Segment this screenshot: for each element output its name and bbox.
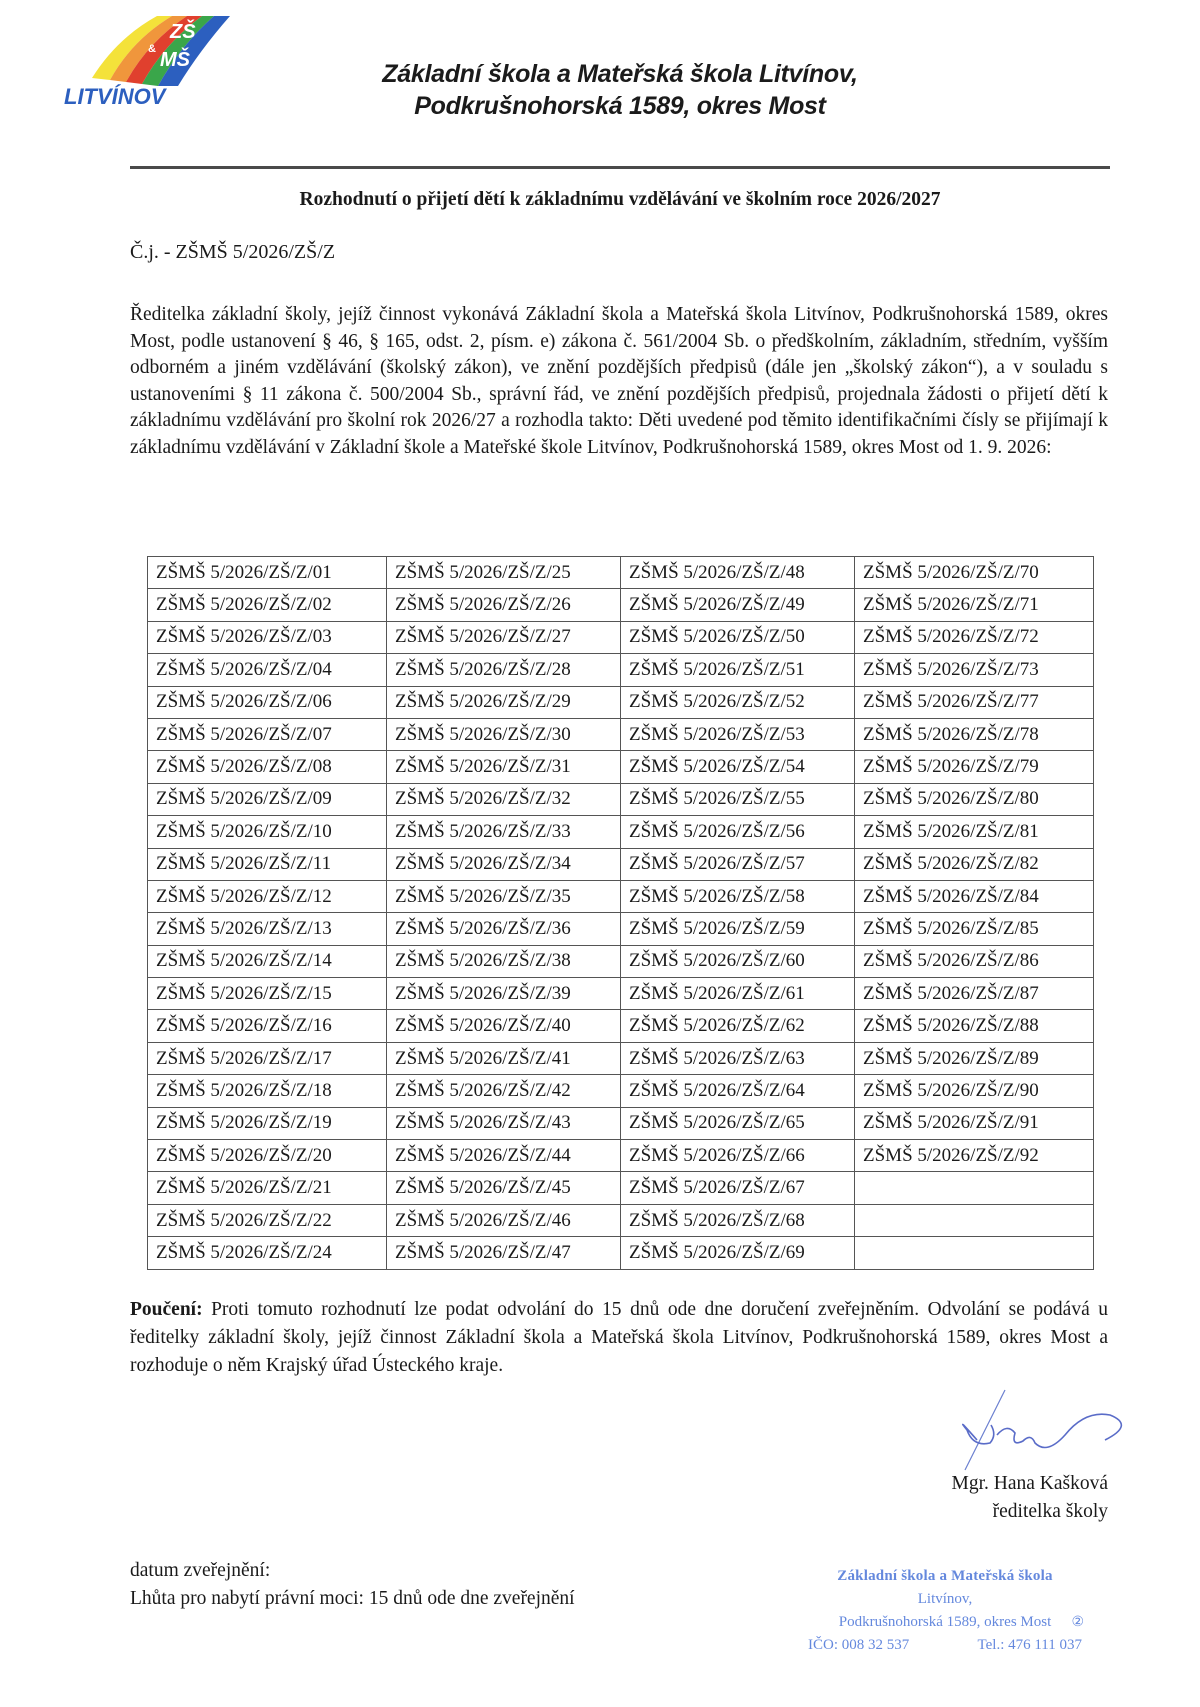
table-cell: ZŠMŠ 5/2026/ZŠ/Z/21 [148, 1172, 387, 1204]
table-cell: ZŠMŠ 5/2026/ZŠ/Z/59 [621, 913, 855, 945]
stamp-ico: IČO: 008 32 537 [808, 1634, 909, 1657]
table-cell: ZŠMŠ 5/2026/ZŠ/Z/50 [621, 621, 855, 653]
child-id: ZŠMŠ 5/2026/ZŠ/Z/26 [395, 594, 571, 615]
table-cell: ZŠMŠ 5/2026/ZŠ/Z/19 [148, 1107, 387, 1139]
table-cell [855, 1172, 1094, 1204]
child-id: ZŠMŠ 5/2026/ZŠ/Z/13 [156, 918, 332, 939]
child-id: ZŠMŠ 5/2026/ZŠ/Z/85 [863, 918, 1039, 939]
table-row: ZŠMŠ 5/2026/ZŠ/Z/17ZŠMŠ 5/2026/ZŠ/Z/41ZŠ… [148, 1042, 1094, 1074]
table-cell: ZŠMŠ 5/2026/ZŠ/Z/52 [621, 686, 855, 718]
child-id: ZŠMŠ 5/2026/ZŠ/Z/01 [156, 562, 332, 583]
child-id: ZŠMŠ 5/2026/ZŠ/Z/04 [156, 659, 332, 680]
table-cell: ZŠMŠ 5/2026/ZŠ/Z/06 [148, 686, 387, 718]
table-cell: ZŠMŠ 5/2026/ZŠ/Z/20 [148, 1140, 387, 1172]
table-row: ZŠMŠ 5/2026/ZŠ/Z/07ZŠMŠ 5/2026/ZŠ/Z/30ZŠ… [148, 718, 1094, 750]
table-cell: ZŠMŠ 5/2026/ZŠ/Z/85 [855, 913, 1094, 945]
table-cell: ZŠMŠ 5/2026/ZŠ/Z/72 [855, 621, 1094, 653]
table-cell: ZŠMŠ 5/2026/ZŠ/Z/27 [387, 621, 621, 653]
svg-text:&: & [148, 43, 156, 55]
child-id: ZŠMŠ 5/2026/ZŠ/Z/18 [156, 1080, 332, 1101]
child-id: ZŠMŠ 5/2026/ZŠ/Z/24 [156, 1242, 332, 1263]
child-id: ZŠMŠ 5/2026/ZŠ/Z/50 [629, 626, 805, 647]
table-cell: ZŠMŠ 5/2026/ZŠ/Z/12 [148, 880, 387, 912]
child-id: ZŠMŠ 5/2026/ZŠ/Z/25 [395, 562, 571, 583]
table-cell: ZŠMŠ 5/2026/ZŠ/Z/61 [621, 978, 855, 1010]
table-cell: ZŠMŠ 5/2026/ZŠ/Z/91 [855, 1107, 1094, 1139]
child-id: ZŠMŠ 5/2026/ZŠ/Z/86 [863, 950, 1039, 971]
table-cell: ZŠMŠ 5/2026/ZŠ/Z/22 [148, 1204, 387, 1236]
table-cell: ZŠMŠ 5/2026/ZŠ/Z/78 [855, 718, 1094, 750]
table-cell: ZŠMŠ 5/2026/ZŠ/Z/77 [855, 686, 1094, 718]
child-id: ZŠMŠ 5/2026/ZŠ/Z/42 [395, 1080, 571, 1101]
legal-force-deadline: Lhůta pro nabytí právní moci: 15 dnů ode… [130, 1585, 575, 1613]
table-cell: ZŠMŠ 5/2026/ZŠ/Z/46 [387, 1204, 621, 1236]
child-id: ZŠMŠ 5/2026/ZŠ/Z/52 [629, 691, 805, 712]
child-id: ZŠMŠ 5/2026/ZŠ/Z/73 [863, 659, 1039, 680]
table-cell: ZŠMŠ 5/2026/ZŠ/Z/25 [387, 557, 621, 589]
table-row: ZŠMŠ 5/2026/ZŠ/Z/20ZŠMŠ 5/2026/ZŠ/Z/44ZŠ… [148, 1140, 1094, 1172]
table-cell: ZŠMŠ 5/2026/ZŠ/Z/41 [387, 1042, 621, 1074]
child-id: ZŠMŠ 5/2026/ZŠ/Z/31 [395, 756, 571, 777]
stamp-title: Základní škola a Mateřská škola [800, 1565, 1090, 1588]
table-cell: ZŠMŠ 5/2026/ZŠ/Z/09 [148, 783, 387, 815]
child-id: ZŠMŠ 5/2026/ZŠ/Z/61 [629, 983, 805, 1004]
child-id: ZŠMŠ 5/2026/ZŠ/Z/02 [156, 594, 332, 615]
table-row: ZŠMŠ 5/2026/ZŠ/Z/12ZŠMŠ 5/2026/ZŠ/Z/35ZŠ… [148, 880, 1094, 912]
table-cell: ZŠMŠ 5/2026/ZŠ/Z/42 [387, 1075, 621, 1107]
table-cell: ZŠMŠ 5/2026/ZŠ/Z/47 [387, 1237, 621, 1269]
table-row: ZŠMŠ 5/2026/ZŠ/Z/13ZŠMŠ 5/2026/ZŠ/Z/36ZŠ… [148, 913, 1094, 945]
table-cell: ZŠMŠ 5/2026/ZŠ/Z/44 [387, 1140, 621, 1172]
table-cell: ZŠMŠ 5/2026/ZŠ/Z/56 [621, 816, 855, 848]
child-id: ZŠMŠ 5/2026/ZŠ/Z/79 [863, 756, 1039, 777]
child-id: ZŠMŠ 5/2026/ZŠ/Z/90 [863, 1080, 1039, 1101]
table-row: ZŠMŠ 5/2026/ZŠ/Z/09ZŠMŠ 5/2026/ZŠ/Z/32ZŠ… [148, 783, 1094, 815]
child-id: ZŠMŠ 5/2026/ZŠ/Z/62 [629, 1015, 805, 1036]
table-cell: ZŠMŠ 5/2026/ZŠ/Z/60 [621, 945, 855, 977]
child-id: ZŠMŠ 5/2026/ZŠ/Z/45 [395, 1177, 571, 1198]
child-id: ZŠMŠ 5/2026/ZŠ/Z/60 [629, 950, 805, 971]
table-cell: ZŠMŠ 5/2026/ZŠ/Z/14 [148, 945, 387, 977]
table-cell: ZŠMŠ 5/2026/ZŠ/Z/51 [621, 654, 855, 686]
appeal-notice: Poučení: Proti tomuto rozhodnutí lze pod… [130, 1296, 1108, 1380]
child-id: ZŠMŠ 5/2026/ZŠ/Z/03 [156, 626, 332, 647]
table-row: ZŠMŠ 5/2026/ZŠ/Z/24ZŠMŠ 5/2026/ZŠ/Z/47ZŠ… [148, 1237, 1094, 1269]
child-id: ZŠMŠ 5/2026/ZŠ/Z/35 [395, 886, 571, 907]
child-id: ZŠMŠ 5/2026/ZŠ/Z/58 [629, 886, 805, 907]
child-id: ZŠMŠ 5/2026/ZŠ/Z/39 [395, 983, 571, 1004]
table-cell: ZŠMŠ 5/2026/ZŠ/Z/62 [621, 1010, 855, 1042]
child-id: ZŠMŠ 5/2026/ZŠ/Z/48 [629, 562, 805, 583]
child-id: ZŠMŠ 5/2026/ZŠ/Z/89 [863, 1048, 1039, 1069]
child-id: ZŠMŠ 5/2026/ZŠ/Z/70 [863, 562, 1039, 583]
child-id: ZŠMŠ 5/2026/ZŠ/Z/10 [156, 821, 332, 842]
table-row: ZŠMŠ 5/2026/ZŠ/Z/21ZŠMŠ 5/2026/ZŠ/Z/45ZŠ… [148, 1172, 1094, 1204]
child-id: ZŠMŠ 5/2026/ZŠ/Z/34 [395, 853, 571, 874]
table-cell: ZŠMŠ 5/2026/ZŠ/Z/29 [387, 686, 621, 718]
table-cell: ZŠMŠ 5/2026/ZŠ/Z/24 [148, 1237, 387, 1269]
child-id: ZŠMŠ 5/2026/ZŠ/Z/87 [863, 983, 1039, 1004]
school-header: Základní škola a Mateřská škola Litvínov… [300, 58, 940, 122]
child-id: ZŠMŠ 5/2026/ZŠ/Z/66 [629, 1145, 805, 1166]
table-cell: ZŠMŠ 5/2026/ZŠ/Z/80 [855, 783, 1094, 815]
child-id: ZŠMŠ 5/2026/ZŠ/Z/51 [629, 659, 805, 680]
child-id: ZŠMŠ 5/2026/ZŠ/Z/53 [629, 724, 805, 745]
table-cell: ZŠMŠ 5/2026/ZŠ/Z/30 [387, 718, 621, 750]
child-id: ZŠMŠ 5/2026/ZŠ/Z/41 [395, 1048, 571, 1069]
rainbow-logo-icon: ZŠ & MŠ LITVÍNOV [62, 8, 232, 108]
table-cell: ZŠMŠ 5/2026/ZŠ/Z/10 [148, 816, 387, 848]
table-cell: ZŠMŠ 5/2026/ZŠ/Z/43 [387, 1107, 621, 1139]
child-id: ZŠMŠ 5/2026/ZŠ/Z/78 [863, 724, 1039, 745]
child-id: ZŠMŠ 5/2026/ZŠ/Z/15 [156, 983, 332, 1004]
table-row: ZŠMŠ 5/2026/ZŠ/Z/16ZŠMŠ 5/2026/ZŠ/Z/40ZŠ… [148, 1010, 1094, 1042]
svg-text:MŠ: MŠ [160, 47, 191, 71]
child-id: ZŠMŠ 5/2026/ZŠ/Z/92 [863, 1145, 1039, 1166]
stamp-city: Litvínov,② [800, 1588, 1090, 1611]
child-id: ZŠMŠ 5/2026/ZŠ/Z/33 [395, 821, 571, 842]
table-cell [855, 1204, 1094, 1236]
table-cell: ZŠMŠ 5/2026/ZŠ/Z/84 [855, 880, 1094, 912]
signatory-role: ředitelka školy [951, 1498, 1108, 1526]
school-name: Základní škola a Mateřská škola Litvínov… [300, 58, 940, 90]
table-cell: ZŠMŠ 5/2026/ZŠ/Z/48 [621, 557, 855, 589]
child-id: ZŠMŠ 5/2026/ZŠ/Z/11 [156, 853, 331, 874]
stamp-tel: Tel.: 476 111 037 [978, 1634, 1083, 1657]
child-id: ZŠMŠ 5/2026/ZŠ/Z/81 [863, 821, 1039, 842]
table-cell: ZŠMŠ 5/2026/ZŠ/Z/32 [387, 783, 621, 815]
child-id: ZŠMŠ 5/2026/ZŠ/Z/56 [629, 821, 805, 842]
table-cell: ZŠMŠ 5/2026/ZŠ/Z/17 [148, 1042, 387, 1074]
table-row: ZŠMŠ 5/2026/ZŠ/Z/08ZŠMŠ 5/2026/ZŠ/Z/31ZŠ… [148, 751, 1094, 783]
child-id: ZŠMŠ 5/2026/ZŠ/Z/54 [629, 756, 805, 777]
school-address: Podkrušnohorská 1589, okres Most [300, 90, 940, 122]
table-cell: ZŠMŠ 5/2026/ZŠ/Z/18 [148, 1075, 387, 1107]
table-cell: ZŠMŠ 5/2026/ZŠ/Z/63 [621, 1042, 855, 1074]
table-cell: ZŠMŠ 5/2026/ZŠ/Z/90 [855, 1075, 1094, 1107]
table-cell: ZŠMŠ 5/2026/ZŠ/Z/81 [855, 816, 1094, 848]
table-cell: ZŠMŠ 5/2026/ZŠ/Z/26 [387, 589, 621, 621]
table-cell: ZŠMŠ 5/2026/ZŠ/Z/54 [621, 751, 855, 783]
header-divider [130, 166, 1110, 169]
child-id: ZŠMŠ 5/2026/ZŠ/Z/91 [863, 1112, 1039, 1133]
table-cell: ZŠMŠ 5/2026/ZŠ/Z/87 [855, 978, 1094, 1010]
child-id: ZŠMŠ 5/2026/ZŠ/Z/16 [156, 1015, 332, 1036]
table-cell: ZŠMŠ 5/2026/ZŠ/Z/64 [621, 1075, 855, 1107]
child-id: ZŠMŠ 5/2026/ZŠ/Z/30 [395, 724, 571, 745]
publication-date-label: datum zveřejnění: [130, 1557, 575, 1585]
table-cell: ZŠMŠ 5/2026/ZŠ/Z/89 [855, 1042, 1094, 1074]
signatory-name: Mgr. Hana Kašková [951, 1470, 1108, 1498]
table-cell: ZŠMŠ 5/2026/ZŠ/Z/34 [387, 848, 621, 880]
table-cell: ZŠMŠ 5/2026/ZŠ/Z/49 [621, 589, 855, 621]
child-id: ZŠMŠ 5/2026/ZŠ/Z/63 [629, 1048, 805, 1069]
child-id: ZŠMŠ 5/2026/ZŠ/Z/12 [156, 886, 332, 907]
table-row: ZŠMŠ 5/2026/ZŠ/Z/19ZŠMŠ 5/2026/ZŠ/Z/43ZŠ… [148, 1107, 1094, 1139]
table-row: ZŠMŠ 5/2026/ZŠ/Z/11ZŠMŠ 5/2026/ZŠ/Z/34ZŠ… [148, 848, 1094, 880]
table-cell: ZŠMŠ 5/2026/ZŠ/Z/66 [621, 1140, 855, 1172]
child-id: ZŠMŠ 5/2026/ZŠ/Z/27 [395, 626, 571, 647]
child-id: ZŠMŠ 5/2026/ZŠ/Z/43 [395, 1112, 571, 1133]
child-id: ZŠMŠ 5/2026/ZŠ/Z/40 [395, 1015, 571, 1036]
child-id: ZŠMŠ 5/2026/ZŠ/Z/65 [629, 1112, 805, 1133]
child-id: ZŠMŠ 5/2026/ZŠ/Z/88 [863, 1015, 1039, 1036]
table-cell: ZŠMŠ 5/2026/ZŠ/Z/38 [387, 945, 621, 977]
table-row: ZŠMŠ 5/2026/ZŠ/Z/03ZŠMŠ 5/2026/ZŠ/Z/27ZŠ… [148, 621, 1094, 653]
table-cell: ZŠMŠ 5/2026/ZŠ/Z/39 [387, 978, 621, 1010]
child-id: ZŠMŠ 5/2026/ZŠ/Z/64 [629, 1080, 805, 1101]
stamp-mark-icon: ② [1071, 1611, 1084, 1634]
child-id: ZŠMŠ 5/2026/ZŠ/Z/21 [156, 1177, 332, 1198]
table-cell: ZŠMŠ 5/2026/ZŠ/Z/58 [621, 880, 855, 912]
child-id: ZŠMŠ 5/2026/ZŠ/Z/29 [395, 691, 571, 712]
decision-body: Ředitelka základní školy, jejíž činnost … [130, 302, 1108, 462]
table-cell: ZŠMŠ 5/2026/ZŠ/Z/01 [148, 557, 387, 589]
document-title: Rozhodnutí o přijetí dětí k základnímu v… [130, 189, 1110, 211]
child-id: ZŠMŠ 5/2026/ZŠ/Z/38 [395, 950, 571, 971]
table-cell: ZŠMŠ 5/2026/ZŠ/Z/92 [855, 1140, 1094, 1172]
child-id: ZŠMŠ 5/2026/ZŠ/Z/57 [629, 853, 805, 874]
child-id: ZŠMŠ 5/2026/ZŠ/Z/72 [863, 626, 1039, 647]
child-id: ZŠMŠ 5/2026/ZŠ/Z/06 [156, 691, 332, 712]
table-cell: ZŠMŠ 5/2026/ZŠ/Z/04 [148, 654, 387, 686]
table-row: ZŠMŠ 5/2026/ZŠ/Z/02ZŠMŠ 5/2026/ZŠ/Z/26ZŠ… [148, 589, 1094, 621]
signature-icon [935, 1385, 1145, 1475]
child-id: ZŠMŠ 5/2026/ZŠ/Z/32 [395, 788, 571, 809]
table-cell: ZŠMŠ 5/2026/ZŠ/Z/28 [387, 654, 621, 686]
table-cell: ZŠMŠ 5/2026/ZŠ/Z/82 [855, 848, 1094, 880]
table-cell: ZŠMŠ 5/2026/ZŠ/Z/07 [148, 718, 387, 750]
table-cell: ZŠMŠ 5/2026/ZŠ/Z/70 [855, 557, 1094, 589]
table-cell: ZŠMŠ 5/2026/ZŠ/Z/35 [387, 880, 621, 912]
signatory: Mgr. Hana Kašková ředitelka školy [951, 1470, 1108, 1526]
table-row: ZŠMŠ 5/2026/ZŠ/Z/14ZŠMŠ 5/2026/ZŠ/Z/38ZŠ… [148, 945, 1094, 977]
table-cell: ZŠMŠ 5/2026/ZŠ/Z/53 [621, 718, 855, 750]
child-id: ZŠMŠ 5/2026/ZŠ/Z/09 [156, 788, 332, 809]
school-logo: ZŠ & MŠ LITVÍNOV [62, 8, 232, 108]
table-cell: ZŠMŠ 5/2026/ZŠ/Z/79 [855, 751, 1094, 783]
table-cell: ZŠMŠ 5/2026/ZŠ/Z/73 [855, 654, 1094, 686]
stamp-ids: IČO: 008 32 537 Tel.: 476 111 037 [800, 1634, 1090, 1657]
child-id: ZŠMŠ 5/2026/ZŠ/Z/20 [156, 1145, 332, 1166]
child-id: ZŠMŠ 5/2026/ZŠ/Z/67 [629, 1177, 805, 1198]
table-cell: ZŠMŠ 5/2026/ZŠ/Z/15 [148, 978, 387, 1010]
school-stamp: Základní škola a Mateřská škola Litvínov… [800, 1565, 1090, 1657]
child-id: ZŠMŠ 5/2026/ZŠ/Z/07 [156, 724, 332, 745]
table-cell: ZŠMŠ 5/2026/ZŠ/Z/11 [148, 848, 387, 880]
child-id: ZŠMŠ 5/2026/ZŠ/Z/36 [395, 918, 571, 939]
table-cell: ZŠMŠ 5/2026/ZŠ/Z/71 [855, 589, 1094, 621]
child-id: ZŠMŠ 5/2026/ZŠ/Z/28 [395, 659, 571, 680]
admitted-children-table: ZŠMŠ 5/2026/ZŠ/Z/01ZŠMŠ 5/2026/ZŠ/Z/25ZŠ… [147, 556, 1094, 1270]
table-cell: ZŠMŠ 5/2026/ZŠ/Z/55 [621, 783, 855, 815]
child-id: ZŠMŠ 5/2026/ZŠ/Z/80 [863, 788, 1039, 809]
table-cell: ZŠMŠ 5/2026/ZŠ/Z/40 [387, 1010, 621, 1042]
table-cell: ZŠMŠ 5/2026/ZŠ/Z/03 [148, 621, 387, 653]
table-cell: ZŠMŠ 5/2026/ZŠ/Z/36 [387, 913, 621, 945]
table-cell: ZŠMŠ 5/2026/ZŠ/Z/57 [621, 848, 855, 880]
stamp-address: Podkrušnohorská 1589, okres Most [800, 1611, 1090, 1634]
table-row: ZŠMŠ 5/2026/ZŠ/Z/01ZŠMŠ 5/2026/ZŠ/Z/25ZŠ… [148, 557, 1094, 589]
table-cell: ZŠMŠ 5/2026/ZŠ/Z/33 [387, 816, 621, 848]
child-id: ZŠMŠ 5/2026/ZŠ/Z/77 [863, 691, 1039, 712]
child-id: ZŠMŠ 5/2026/ZŠ/Z/69 [629, 1242, 805, 1263]
table-cell: ZŠMŠ 5/2026/ZŠ/Z/08 [148, 751, 387, 783]
table-cell: ZŠMŠ 5/2026/ZŠ/Z/88 [855, 1010, 1094, 1042]
reference-number: Č.j. - ZŠMŠ 5/2026/ZŠ/Z [130, 241, 335, 264]
child-id: ZŠMŠ 5/2026/ZŠ/Z/59 [629, 918, 805, 939]
child-id: ZŠMŠ 5/2026/ZŠ/Z/46 [395, 1210, 571, 1231]
child-id: ZŠMŠ 5/2026/ZŠ/Z/19 [156, 1112, 332, 1133]
table-row: ZŠMŠ 5/2026/ZŠ/Z/10ZŠMŠ 5/2026/ZŠ/Z/33ZŠ… [148, 816, 1094, 848]
table-cell: ZŠMŠ 5/2026/ZŠ/Z/45 [387, 1172, 621, 1204]
table-row: ZŠMŠ 5/2026/ZŠ/Z/04ZŠMŠ 5/2026/ZŠ/Z/28ZŠ… [148, 654, 1094, 686]
child-id: ZŠMŠ 5/2026/ZŠ/Z/08 [156, 756, 332, 777]
table-cell: ZŠMŠ 5/2026/ZŠ/Z/16 [148, 1010, 387, 1042]
svg-text:ZŠ: ZŠ [169, 19, 196, 43]
table-cell: ZŠMŠ 5/2026/ZŠ/Z/31 [387, 751, 621, 783]
child-id: ZŠMŠ 5/2026/ZŠ/Z/49 [629, 594, 805, 615]
table-row: ZŠMŠ 5/2026/ZŠ/Z/22ZŠMŠ 5/2026/ZŠ/Z/46ZŠ… [148, 1204, 1094, 1236]
table-cell: ZŠMŠ 5/2026/ZŠ/Z/68 [621, 1204, 855, 1236]
table-row: ZŠMŠ 5/2026/ZŠ/Z/06ZŠMŠ 5/2026/ZŠ/Z/29ZŠ… [148, 686, 1094, 718]
table-row: ZŠMŠ 5/2026/ZŠ/Z/18ZŠMŠ 5/2026/ZŠ/Z/42ZŠ… [148, 1075, 1094, 1107]
svg-text:LITVÍNOV: LITVÍNOV [64, 84, 168, 108]
child-id: ZŠMŠ 5/2026/ZŠ/Z/71 [863, 594, 1039, 615]
table-cell: ZŠMŠ 5/2026/ZŠ/Z/67 [621, 1172, 855, 1204]
table-cell: ZŠMŠ 5/2026/ZŠ/Z/02 [148, 589, 387, 621]
child-id: ZŠMŠ 5/2026/ZŠ/Z/68 [629, 1210, 805, 1231]
table-cell [855, 1237, 1094, 1269]
table-cell: ZŠMŠ 5/2026/ZŠ/Z/86 [855, 945, 1094, 977]
table-cell: ZŠMŠ 5/2026/ZŠ/Z/13 [148, 913, 387, 945]
child-id: ZŠMŠ 5/2026/ZŠ/Z/44 [395, 1145, 571, 1166]
child-id: ZŠMŠ 5/2026/ZŠ/Z/22 [156, 1210, 332, 1231]
child-id: ZŠMŠ 5/2026/ZŠ/Z/14 [156, 950, 332, 971]
publication-info: datum zveřejnění: Lhůta pro nabytí právn… [130, 1557, 575, 1613]
notice-text: Proti tomuto rozhodnutí lze podat odvolá… [130, 1299, 1108, 1376]
notice-label: Poučení: [130, 1299, 203, 1320]
table-row: ZŠMŠ 5/2026/ZŠ/Z/15ZŠMŠ 5/2026/ZŠ/Z/39ZŠ… [148, 978, 1094, 1010]
child-id: ZŠMŠ 5/2026/ZŠ/Z/55 [629, 788, 805, 809]
child-id: ZŠMŠ 5/2026/ZŠ/Z/82 [863, 853, 1039, 874]
table-cell: ZŠMŠ 5/2026/ZŠ/Z/69 [621, 1237, 855, 1269]
child-id: ZŠMŠ 5/2026/ZŠ/Z/47 [395, 1242, 571, 1263]
child-id: ZŠMŠ 5/2026/ZŠ/Z/84 [863, 886, 1039, 907]
child-id: ZŠMŠ 5/2026/ZŠ/Z/17 [156, 1048, 332, 1069]
table-cell: ZŠMŠ 5/2026/ZŠ/Z/65 [621, 1107, 855, 1139]
